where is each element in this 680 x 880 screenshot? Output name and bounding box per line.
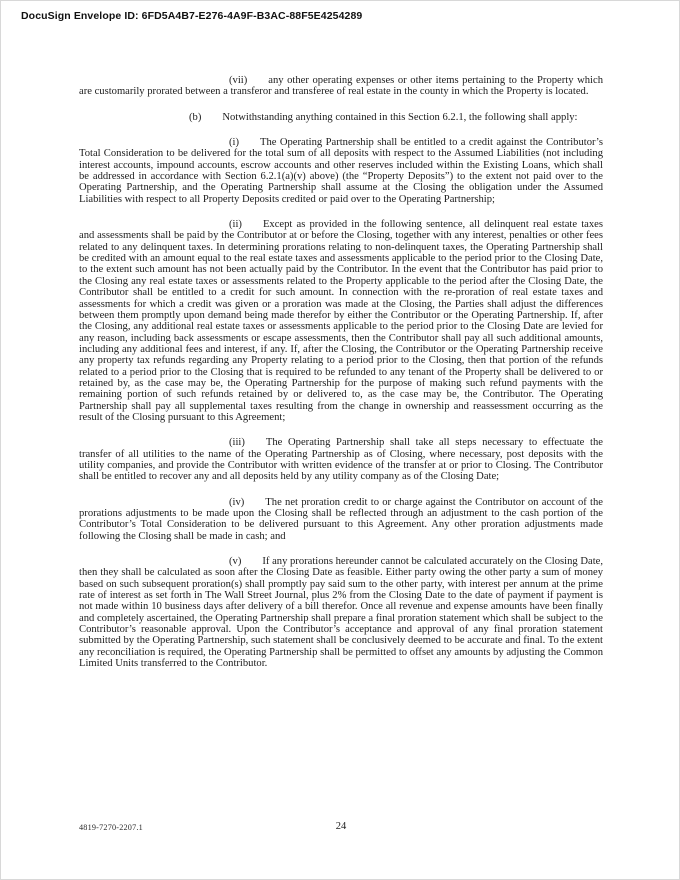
paragraph-number: (ii): [229, 219, 242, 230]
paragraph-number: (iv): [229, 497, 244, 508]
paragraph-text: The net proration credit to or charge ag…: [79, 497, 603, 542]
docusign-envelope-id: DocuSign Envelope ID: 6FD5A4B7-E276-4A9F…: [21, 10, 362, 22]
paragraph-text: The Operating Partnership shall be entit…: [79, 137, 603, 205]
paragraph-number: (b): [189, 112, 201, 123]
paragraph-number: (iii): [229, 437, 245, 448]
paragraph-i: (i)The Operating Partnership shall be en…: [79, 137, 603, 205]
paragraph-ii: (ii)Except as provided in the following …: [79, 219, 603, 423]
paragraph-number: (vii): [229, 75, 247, 86]
paragraph-b: (b)Notwithstanding anything contained in…: [79, 112, 603, 123]
document-body: (vii)any other operating expenses or oth…: [79, 75, 603, 669]
page-number: 24: [1, 821, 680, 832]
paragraph-number: (v): [229, 556, 241, 567]
paragraph-v: (v)If any prorations hereunder cannot be…: [79, 556, 603, 669]
paragraph-iii: (iii)The Operating Partnership shall tak…: [79, 437, 603, 482]
paragraph-text: any other operating expenses or other it…: [79, 75, 603, 97]
paragraph-iv: (iv)The net proration credit to or charg…: [79, 497, 603, 542]
paragraph-text: The Operating Partnership shall take all…: [79, 437, 603, 482]
paragraph-text: If any prorations hereunder cannot be ca…: [79, 556, 603, 669]
document-page: DocuSign Envelope ID: 6FD5A4B7-E276-4A9F…: [0, 0, 680, 880]
paragraph-text: Except as provided in the following sent…: [79, 219, 603, 423]
paragraph-vii: (vii)any other operating expenses or oth…: [79, 75, 603, 98]
paragraph-number: (i): [229, 137, 239, 148]
paragraph-text: Notwithstanding anything contained in th…: [222, 112, 577, 123]
